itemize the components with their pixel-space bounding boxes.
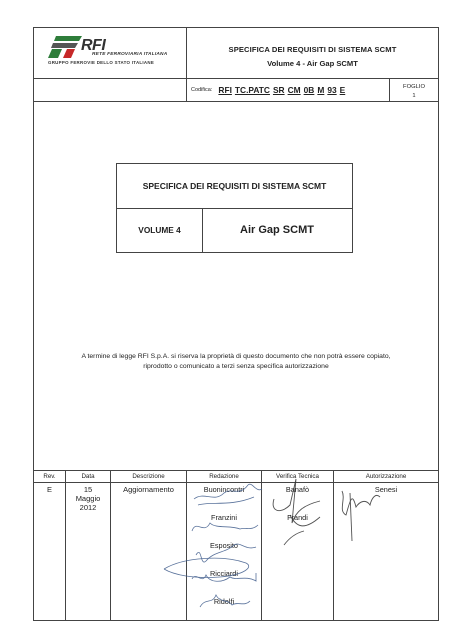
- signer-name: Esposito: [187, 541, 261, 569]
- fs-logo-icon: [48, 36, 82, 58]
- signer-name: Frandi: [262, 513, 333, 541]
- logo-group: GRUPPO FERROVIE DELLO STATO ITALIANE: [48, 60, 154, 65]
- foglio-label: FOGLIO: [403, 84, 425, 90]
- date-year: 2012: [66, 503, 110, 512]
- codifica-label: Codifica:: [191, 87, 212, 93]
- document-title: SPECIFICA DEI REQUISITI DI SISTEMA SCMT: [229, 45, 397, 54]
- col-data: Data 15 Maggio 2012: [66, 471, 111, 620]
- signer-name: Senesi: [334, 485, 438, 513]
- document-frame: RFI RETE FERROVIARIA ITALIANA GRUPPO FER…: [33, 27, 439, 621]
- cell-date: 15 Maggio 2012: [66, 483, 110, 512]
- signer-name: Ridolfi: [187, 597, 261, 625]
- code-part: TC.PATC: [235, 85, 270, 95]
- signer-name: Buonincontri: [187, 485, 261, 513]
- logo-cell: RFI RETE FERROVIARIA ITALIANA GRUPPO FER…: [34, 28, 187, 79]
- rfi-logo: RFI RETE FERROVIARIA ITALIANA GRUPPO FER…: [48, 36, 183, 74]
- col-descrizione: Descrizione Aggiornamento: [111, 471, 187, 620]
- blank-cell: [34, 79, 187, 102]
- header-verifica-tecnica: Verifica Tecnica: [262, 471, 333, 483]
- signer-name: Franzini: [187, 513, 261, 541]
- codifica-code: RFI TC.PATC SR CM 0B M 93 E: [218, 85, 345, 95]
- redazione-names: Buonincontri Franzini Esposito Ricciardi…: [187, 483, 261, 625]
- title-box: SPECIFICA DEI REQUISITI DI SISTEMA SCMT …: [116, 163, 353, 253]
- signer-name: Banafò: [262, 485, 333, 513]
- revision-table: Rev. E Data 15 Maggio 2012 Descrizione A…: [34, 470, 438, 620]
- cell-rev: E: [34, 483, 65, 494]
- foglio-cell: FOGLIO 1: [390, 79, 438, 102]
- code-part: 0B: [304, 85, 315, 95]
- verifica-names: Banafò Frandi: [262, 483, 333, 541]
- col-autorizzazione: Autorizzazione Senesi: [334, 471, 438, 620]
- title-box-volume: VOLUME 4: [117, 208, 203, 252]
- header-rev: Rev.: [34, 471, 65, 483]
- copyright-notice: A termine di legge RFI S.p.A. si riserva…: [34, 352, 438, 372]
- autorizzazione-names: Senesi: [334, 483, 438, 513]
- col-rev: Rev. E: [34, 471, 66, 620]
- date-month: Maggio: [66, 494, 110, 503]
- col-verifica-tecnica: Verifica Tecnica Banafò Frandi: [262, 471, 334, 620]
- notice-line-1: A termine di legge RFI S.p.A. si riserva…: [34, 352, 438, 362]
- signer-name: Ricciardi: [187, 569, 261, 597]
- header-descrizione: Descrizione: [111, 471, 186, 483]
- foglio-number: 1: [412, 93, 415, 99]
- code-part: 93: [327, 85, 336, 95]
- header-redazione: Redazione: [187, 471, 261, 483]
- logo-subtitle: RETE FERROVIARIA ITALIANA: [92, 52, 167, 57]
- document-header: RFI RETE FERROVIARIA ITALIANA GRUPPO FER…: [34, 28, 438, 102]
- title-cell: SPECIFICA DEI REQUISITI DI SISTEMA SCMT …: [187, 28, 438, 79]
- code-part: RFI: [218, 85, 232, 95]
- code-part: CM: [288, 85, 301, 95]
- code-part: E: [340, 85, 346, 95]
- codifica-cell: Codifica: RFI TC.PATC SR CM 0B M 93 E: [187, 79, 390, 102]
- code-part: M: [317, 85, 324, 95]
- header-data: Data: [66, 471, 110, 483]
- title-box-heading: SPECIFICA DEI REQUISITI DI SISTEMA SCMT: [117, 164, 352, 209]
- code-part: SR: [273, 85, 285, 95]
- document-subtitle: Volume 4 - Air Gap SCMT: [267, 59, 358, 68]
- col-redazione: Redazione Buonincontri Franzini Esposito…: [187, 471, 262, 620]
- title-box-name: Air Gap SCMT: [202, 208, 352, 252]
- header-autorizzazione: Autorizzazione: [334, 471, 438, 483]
- cell-description: Aggiornamento: [111, 483, 186, 494]
- notice-line-2: riprodotto o comunicato a terzi senza sp…: [34, 362, 438, 372]
- date-day: 15: [66, 485, 110, 494]
